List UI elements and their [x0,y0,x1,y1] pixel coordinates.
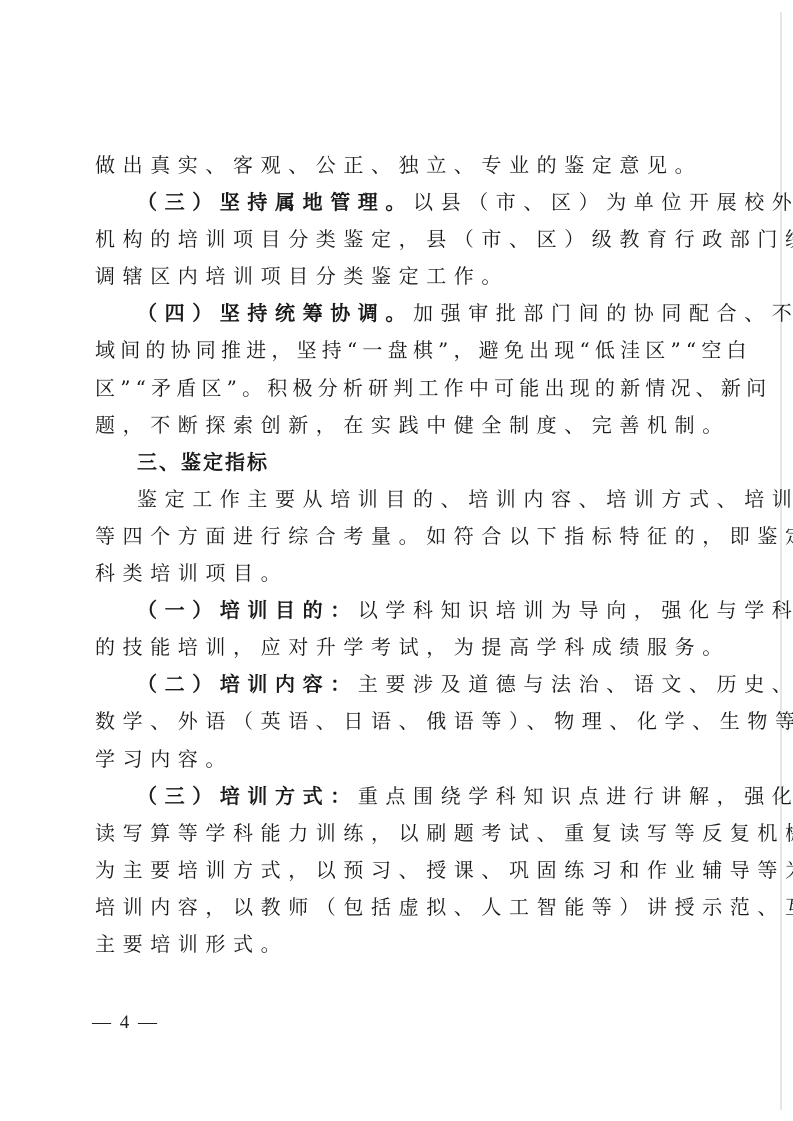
indicator-method: （三）培训方式：重点围绕学科知识点进行讲解，强化听说 [95,778,687,815]
text-line: 读写算等学科能力训练，以刷题考试、重复读写等反复机械训练 [95,815,687,852]
section-item-text: 加强审批部门间的协同配合、不同区 [413,301,793,325]
text-line: 调辖区内培训项目分类鉴定工作。 [95,258,687,295]
page-edge-line [780,12,782,1110]
text-line: 域间的协同推进，坚持“一盘棋”，避免出现“低洼区”“空白 [95,332,687,369]
text-line: 等四个方面进行综合考量。如符合以下指标特征的，即鉴定为学 [95,518,687,555]
indicator-title: （二）培训内容： [137,672,358,696]
indicator-purpose: （一）培训目的：以学科知识培训为导向，强化与学科相关 [95,592,687,629]
text-line: 区”“矛盾区”。积极分析研判工作中可能出现的新情况、新问 [95,370,687,407]
section-item-4-coordination: （四）坚持统筹协调。加强审批部门间的协同配合、不同区 [95,295,687,332]
section-item-text: 以县（市、区）为单位开展校外培训 [413,190,793,214]
text-line: 科类培训项目。 [95,555,687,592]
section-heading: 三、鉴定指标 [95,444,687,481]
page-number: — 4 — [92,1012,159,1034]
indicator-text: 主要涉及道德与法治、语文、历史、地理、 [358,672,793,696]
text-line: 机构的培训项目分类鉴定，县（市、区）级教育行政部门统筹协 [95,221,687,258]
section-item-title: （四）坚持统筹协调。 [137,301,413,325]
indicator-text: 以学科知识培训为导向，强化与学科相关 [358,598,793,622]
text-line: 培训内容，以教师（包括虚拟、人工智能等）讲授示范、互动为 [95,889,687,926]
indicator-text: 重点围绕学科知识点进行讲解，强化听说 [358,784,793,808]
text-line: 题，不断探索创新，在实践中健全制度、完善机制。 [95,407,687,444]
paragraph-line: 鉴定工作主要从培训目的、培训内容、培训方式、培训评价 [95,481,687,518]
text-line: 学习内容。 [95,741,687,778]
text-line: 数学、外语（英语、日语、俄语等）、物理、化学、生物等学科 [95,703,687,740]
indicator-content: （二）培训内容：主要涉及道德与法治、语文、历史、地理、 [95,666,687,703]
text-line: 为主要培训方式，以预习、授课、巩固练习和作业辅导等为主要 [95,852,687,889]
section-item-title: （三）坚持属地管理。 [137,190,413,214]
section-item-3-jurisdiction: （三）坚持属地管理。以县（市、区）为单位开展校外培训 [95,184,687,221]
text-line: 主要培训形式。 [95,926,687,963]
document-body: 做出真实、客观、公正、独立、专业的鉴定意见。 （三）坚持属地管理。以县（市、区）… [95,147,687,963]
indicator-title: （一）培训目的： [137,598,358,622]
text-line: 做出真实、客观、公正、独立、专业的鉴定意见。 [95,147,687,184]
text-line: 的技能培训，应对升学考试，为提高学科成绩服务。 [95,629,687,666]
indicator-title: （三）培训方式： [137,784,358,808]
